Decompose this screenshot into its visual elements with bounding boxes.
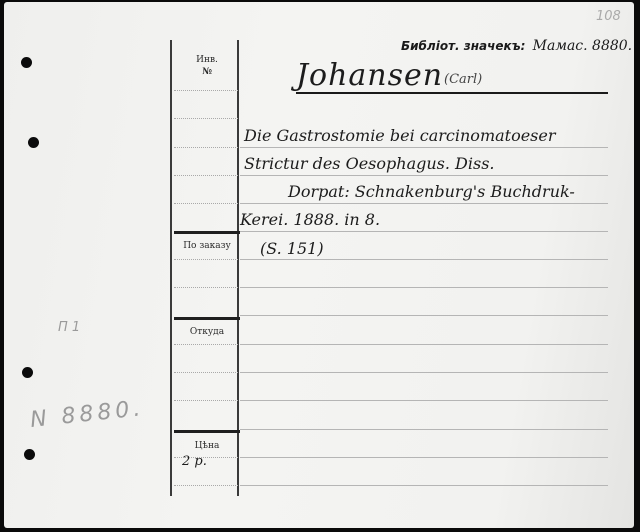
body-rule <box>240 175 608 176</box>
author-given-name: (Carl) <box>444 72 482 87</box>
section-divider-order <box>174 231 240 234</box>
section-divider-price <box>174 430 240 433</box>
source-label: Откуда <box>174 326 240 338</box>
punch-hole-3 <box>22 367 33 378</box>
column-rule <box>174 372 238 373</box>
punch-hole-2 <box>28 137 39 148</box>
body-rule <box>240 485 608 486</box>
library-mark-value: Мамас. 8880. <box>533 38 632 54</box>
body-rule <box>240 372 608 373</box>
inv-label-text: Инв. <box>174 54 240 66</box>
entry-line-2: Strictur des Oesophagus. Diss. <box>244 154 495 173</box>
punch-hole-1 <box>21 57 32 68</box>
body-rule <box>240 457 608 458</box>
body-rule <box>240 344 608 345</box>
body-rule <box>240 231 608 232</box>
body-rule <box>240 203 608 204</box>
column-rule <box>174 203 238 204</box>
column-rule <box>174 90 238 91</box>
column-rule <box>174 287 238 288</box>
library-mark-label: Библiот. значекъ: <box>401 39 525 53</box>
column-rule <box>174 147 238 148</box>
column-rule <box>174 457 238 458</box>
page-number: 108 <box>596 9 621 24</box>
body-rule <box>240 287 608 288</box>
entry-line-3: Dorpat: Schnakenburg's Buchdruk- <box>288 182 575 201</box>
catalog-card: 108 Библiот. значекъ: Мамас. 8880. Инв. … <box>4 2 634 528</box>
column-right-border <box>237 40 239 496</box>
body-rule <box>240 147 608 148</box>
column-rule <box>174 400 238 401</box>
entry-line-4: Kerei. 1888. in 8. <box>240 210 380 229</box>
column-rule <box>174 175 238 176</box>
punch-hole-4 <box>24 449 35 460</box>
column-rule <box>174 118 238 119</box>
price-label: Цѣна <box>174 440 240 452</box>
entry-line-1: Die Gastrostomie bei carcinomatoeser <box>244 126 556 145</box>
body-rule <box>240 259 608 260</box>
body-rule <box>240 400 608 401</box>
body-rule <box>240 429 608 430</box>
number-note: N 8880. <box>29 396 145 433</box>
inv-no-label-text: № <box>174 66 240 78</box>
order-label: По заказу <box>174 240 240 252</box>
shelf-code-note: П 1 <box>58 320 80 335</box>
section-divider-source <box>174 317 240 320</box>
inv-label: Инв. № <box>174 54 240 78</box>
column-rule <box>174 344 238 345</box>
column-left-border <box>170 40 172 496</box>
library-mark: Библiот. значекъ: Мамас. 8880. <box>401 38 632 54</box>
body-rule <box>240 315 608 316</box>
author-surname: Johansen <box>296 58 443 93</box>
column-rule <box>174 485 238 486</box>
column-rule <box>174 259 238 260</box>
author-underline <box>296 92 608 94</box>
entry-line-5: (S. 151) <box>260 239 324 258</box>
